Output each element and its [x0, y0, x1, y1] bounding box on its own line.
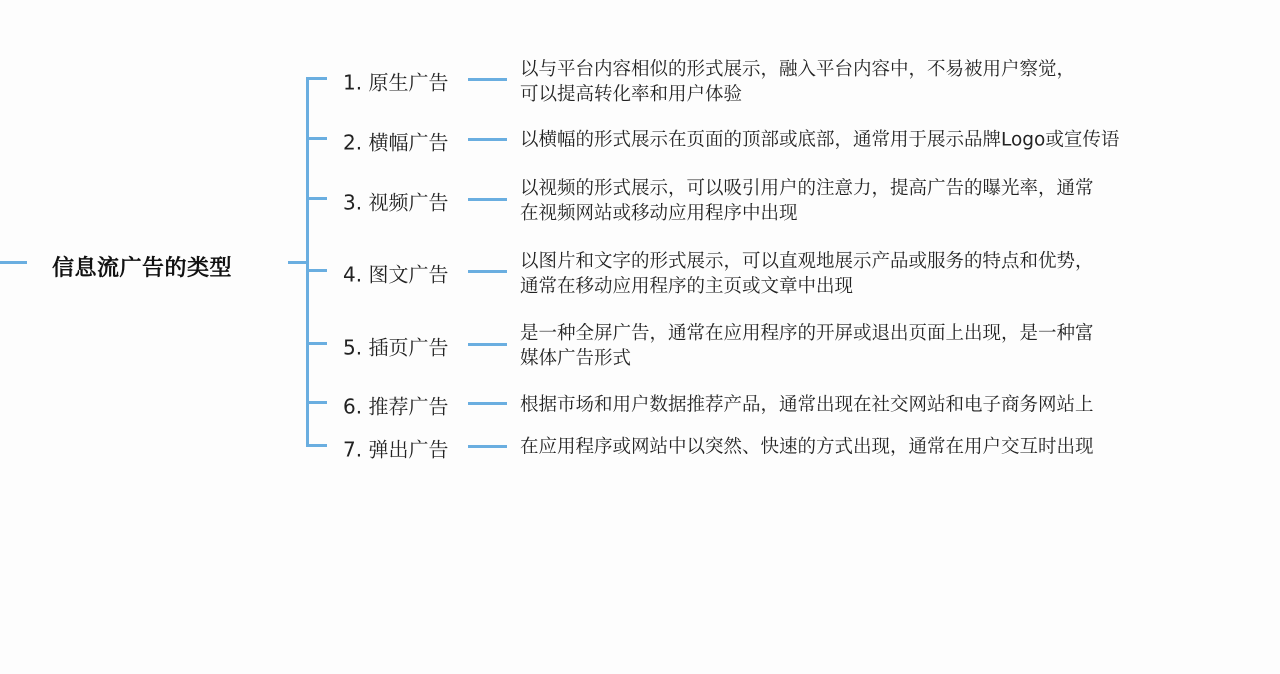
description-line: 通常在移动应用程序的主页或文章中出现 — [520, 274, 1094, 299]
branch-description[interactable]: 在应用程序或网站中以突然、快速的方式出现，通常在用户交互时出现 — [520, 435, 1094, 460]
label-desc-connector — [468, 138, 507, 141]
branch-tick — [306, 269, 327, 272]
root-incoming-connector — [0, 261, 27, 264]
label-desc-connector — [468, 78, 507, 81]
label-desc-connector — [468, 343, 507, 346]
label-desc-connector — [468, 270, 507, 273]
branch-tick — [306, 77, 327, 80]
root-topic[interactable]: 信息流广告的类型 — [52, 251, 232, 282]
branch-label[interactable]: 7. 弹出广告 — [343, 434, 448, 463]
description-line: 媒体广告形式 — [520, 346, 1094, 371]
branch-tick — [306, 401, 327, 404]
branch-label[interactable]: 5. 插页广告 — [343, 332, 448, 361]
description-line: 以视频的形式展示，可以吸引用户的注意力，提高广告的曝光率，通常 — [520, 176, 1094, 201]
description-line: 根据市场和用户数据推荐产品，通常出现在社交网站和电子商务网站上 — [520, 393, 1094, 418]
branch-description[interactable]: 以横幅的形式展示在页面的顶部或底部，通常用于展示品牌Logo或宣传语 — [520, 128, 1119, 153]
branch-description[interactable]: 以与平台内容相似的形式展示，融入平台内容中，不易被用户察觉， 可以提高转化率和用… — [520, 57, 1075, 107]
branch-label[interactable]: 6. 推荐广告 — [343, 391, 448, 420]
branch-tick — [306, 137, 327, 140]
branch-label[interactable]: 3. 视频广告 — [343, 187, 448, 216]
branch-tick — [306, 444, 327, 447]
branch-description[interactable]: 以图片和文字的形式展示，可以直观地展示产品或服务的特点和优势， 通常在移动应用程… — [520, 249, 1094, 299]
branch-tick — [306, 342, 327, 345]
label-desc-connector — [468, 445, 507, 448]
description-line: 以图片和文字的形式展示，可以直观地展示产品或服务的特点和优势， — [520, 249, 1094, 274]
description-line: 是一种全屏广告，通常在应用程序的开屏或退出页面上出现，是一种富 — [520, 321, 1094, 346]
branch-bracket — [306, 77, 309, 447]
description-line: 可以提高转化率和用户体验 — [520, 82, 1075, 107]
description-line: 在应用程序或网站中以突然、快速的方式出现，通常在用户交互时出现 — [520, 435, 1094, 460]
branch-description[interactable]: 是一种全屏广告，通常在应用程序的开屏或退出页面上出现，是一种富 媒体广告形式 — [520, 321, 1094, 371]
description-line: 以与平台内容相似的形式展示，融入平台内容中，不易被用户察觉， — [520, 57, 1075, 82]
branch-tick — [306, 197, 327, 200]
branch-description[interactable]: 根据市场和用户数据推荐产品，通常出现在社交网站和电子商务网站上 — [520, 393, 1094, 418]
branch-description[interactable]: 以视频的形式展示，可以吸引用户的注意力，提高广告的曝光率，通常 在视频网站或移动… — [520, 176, 1094, 226]
label-desc-connector — [468, 198, 507, 201]
branch-label[interactable]: 4. 图文广告 — [343, 259, 448, 288]
branch-label[interactable]: 2. 横幅广告 — [343, 127, 448, 156]
description-line: 以横幅的形式展示在页面的顶部或底部，通常用于展示品牌Logo或宣传语 — [520, 128, 1119, 153]
branch-label[interactable]: 1. 原生广告 — [343, 67, 448, 96]
description-line: 在视频网站或移动应用程序中出现 — [520, 201, 1094, 226]
label-desc-connector — [468, 402, 507, 405]
